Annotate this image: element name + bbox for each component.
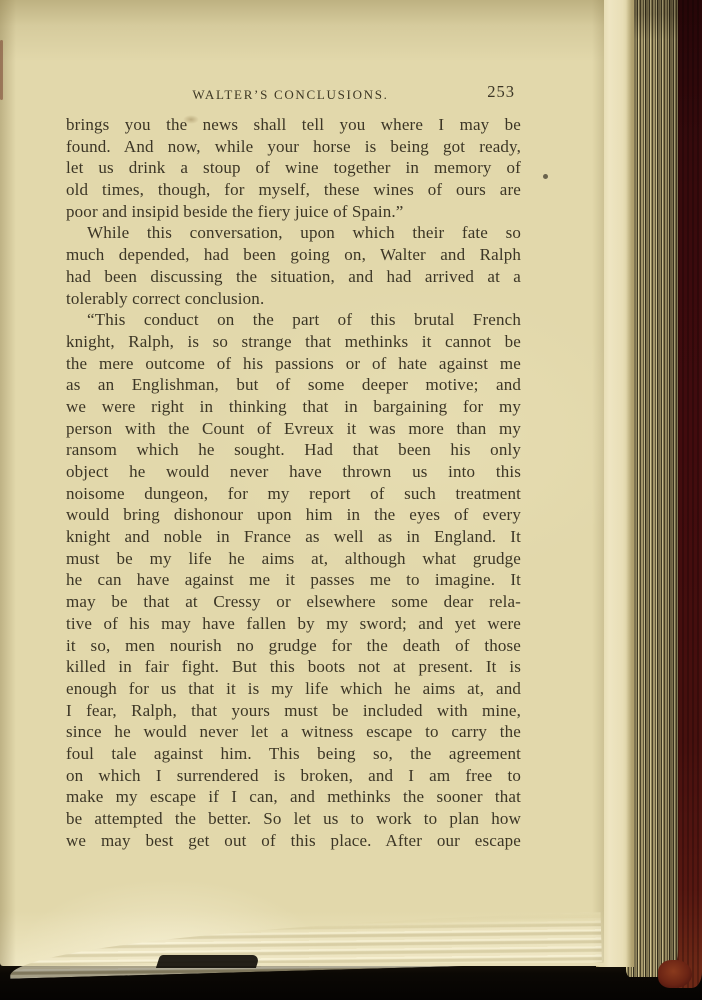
page-number: 253 <box>487 82 515 102</box>
text-line: be attempted the better. So let us to wo… <box>66 808 521 830</box>
left-edge-sliver <box>0 40 3 100</box>
text-line: enough for us that it is my life which h… <box>66 678 521 700</box>
text-line: object he would never have thrown us int… <box>66 461 521 483</box>
text-line: tolerably correct conclusion. <box>66 288 521 310</box>
text-line: much depended, had been going on, Walter… <box>66 244 521 266</box>
cover-corner-peek <box>658 960 692 988</box>
running-head: WALTER’S CONCLUSIONS. 253 <box>66 84 515 106</box>
text-line: make my escape if I can, and methinks th… <box>66 786 521 808</box>
book-page: WALTER’S CONCLUSIONS. 253 brings you the… <box>0 0 604 966</box>
paper-smudge <box>183 115 199 124</box>
text-line: let us drink a stoup of wine together in… <box>66 157 521 179</box>
ink-speck <box>543 174 548 179</box>
text-line: poor and insipid beside the fiery juice … <box>66 201 521 223</box>
text-line: “This conduct on the part of this brutal… <box>66 309 521 331</box>
text-line: it so, men nourish no grudge for the dea… <box>66 635 521 657</box>
text-line: ransom which he sought. Had that been hi… <box>66 439 521 461</box>
text-line: noisome dungeon, for my report of such t… <box>66 483 521 505</box>
text-line: since he would never let a witness escap… <box>66 721 521 743</box>
page-bottom-edge-highlight <box>70 963 604 966</box>
page-shadow-wedge <box>156 955 260 968</box>
text-line: knight, Ralph, is so strange that methin… <box>66 331 521 353</box>
text-block: brings you the news shall tell you where… <box>66 114 521 851</box>
text-line: I fear, Ralph, that yours must be includ… <box>66 700 521 722</box>
text-line: old times, though, for myself, these win… <box>66 179 521 201</box>
text-line: tive of his may have fallen by my sword;… <box>66 613 521 635</box>
text-line: foul tale against him. This being so, th… <box>66 743 521 765</box>
text-line: as an Englishman, but of some deeper mot… <box>66 374 521 396</box>
text-line: knight and noble in France as well as in… <box>66 526 521 548</box>
text-line: he can have against me it passes me to i… <box>66 569 521 591</box>
text-line: on which I surrendered is broken, and I … <box>66 765 521 787</box>
text-line: While this conversation, upon which thei… <box>66 222 521 244</box>
text-line: would bring dishonour upon him in the ey… <box>66 504 521 526</box>
book-scan-photo: WALTER’S CONCLUSIONS. 253 brings you the… <box>0 0 702 1000</box>
text-line: must be my life he aims at, although wha… <box>66 548 521 570</box>
text-line: killed in fair fight. But this boots not… <box>66 656 521 678</box>
running-title: WALTER’S CONCLUSIONS. <box>66 87 515 103</box>
text-line: we were right in thinking that in bargai… <box>66 396 521 418</box>
text-line: the mere outcome of his passions or of h… <box>66 353 521 375</box>
text-line: person with the Count of Evreux it was m… <box>66 418 521 440</box>
text-line: may be that at Cressy or elsewhere some … <box>66 591 521 613</box>
text-line: brings you the news shall tell you where… <box>66 114 521 136</box>
text-line: found. And now, while your horse is bein… <box>66 136 521 158</box>
text-line: had been discussing the situation, and h… <box>66 266 521 288</box>
text-line: we may best get out of this place. After… <box>66 830 521 852</box>
